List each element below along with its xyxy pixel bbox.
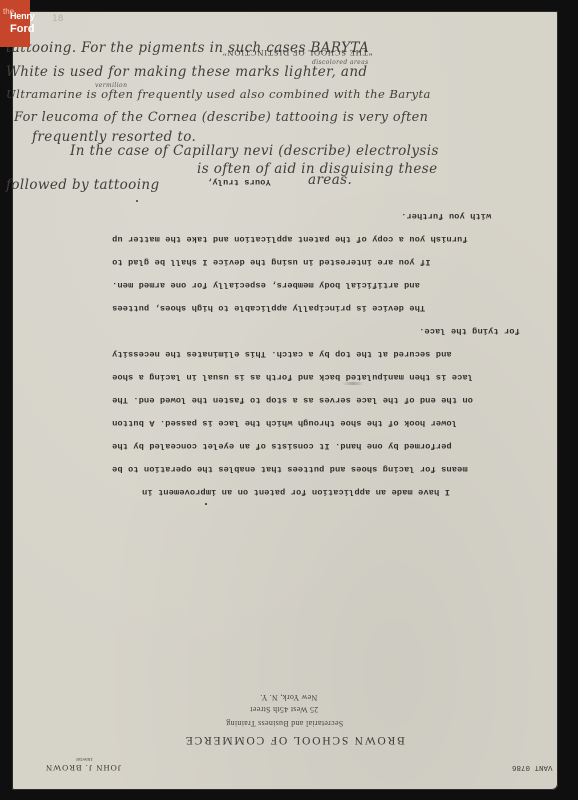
typed-line-p1-8: for tying the lace.: [419, 326, 520, 336]
typed-line-p1-3: performed by one hand. It consists of an…: [112, 441, 452, 451]
letterhead-director-title: Director: [76, 756, 93, 761]
typed-line-p2-1: The device is principally applicable to …: [112, 303, 425, 313]
handwritten-line-9: areas.: [308, 172, 352, 188]
logo-henry: Henry: [10, 12, 35, 21]
typed-line-p1-5: on the end of the lace serves as a stop …: [112, 395, 473, 405]
handwritten-line-1: tattooing. For the pigments in such case…: [6, 40, 369, 56]
handwritten-line-8: followed by tattooing: [6, 177, 160, 193]
typed-line-p1-2: means for lacing shoes and puttees that …: [112, 464, 468, 474]
typed-line-p1-1: I have made an application for patent on…: [142, 487, 450, 497]
letterhead-subtitle: Secretarial and Business Training: [226, 719, 343, 728]
handwritten-line-3: Ultramarine is often frequently used als…: [6, 87, 431, 101]
typed-line-p1-6: lace is then manipulated back and forth …: [112, 372, 473, 382]
ink-dot: [136, 200, 138, 202]
typed-line-p3-1: If you are interested in using the devic…: [112, 257, 430, 267]
handwritten-line-4: For leucoma of the Cornea (describe) tat…: [14, 110, 428, 125]
letterhead-address-street: 25 West 45th Street: [250, 705, 318, 714]
document-page: 18 “THE SCHOOL OF DISTINCTION” tattooing…: [12, 11, 558, 790]
letterhead-address-city: New York, N. Y.: [260, 693, 317, 702]
letterhead-school-name: BROWN SCHOOL OF COMMERCE: [184, 734, 405, 746]
typed-line-p1-4: lower hook of the shoe through which the…: [112, 418, 457, 428]
typed-line-p3-2: furnish you a copy of the patent applica…: [112, 234, 468, 244]
letter-closing: Yours truly,: [207, 177, 271, 187]
ink-smudge: [342, 382, 364, 385]
ink-dot-2: [205, 503, 207, 505]
pencil-page-number: 18: [52, 14, 63, 24]
handwritten-line-2: White is used for making these marks lig…: [6, 64, 367, 80]
typed-line-p2-2: and artificial body members, especially …: [112, 280, 420, 290]
letterhead-director-name: JOHN J. BROWN: [45, 763, 121, 773]
handwritten-line-6: In the case of Capillary nevi (describe)…: [70, 143, 439, 159]
typed-line-p3-3: with you further.: [401, 211, 491, 221]
letterhead-form-code: VANT 0786: [512, 763, 553, 771]
henry-ford-logo[interactable]: the Henry Ford: [0, 0, 30, 47]
logo-ford: Ford: [10, 24, 34, 35]
typed-line-p1-7: and secured at the top by a catch. This …: [112, 349, 452, 359]
